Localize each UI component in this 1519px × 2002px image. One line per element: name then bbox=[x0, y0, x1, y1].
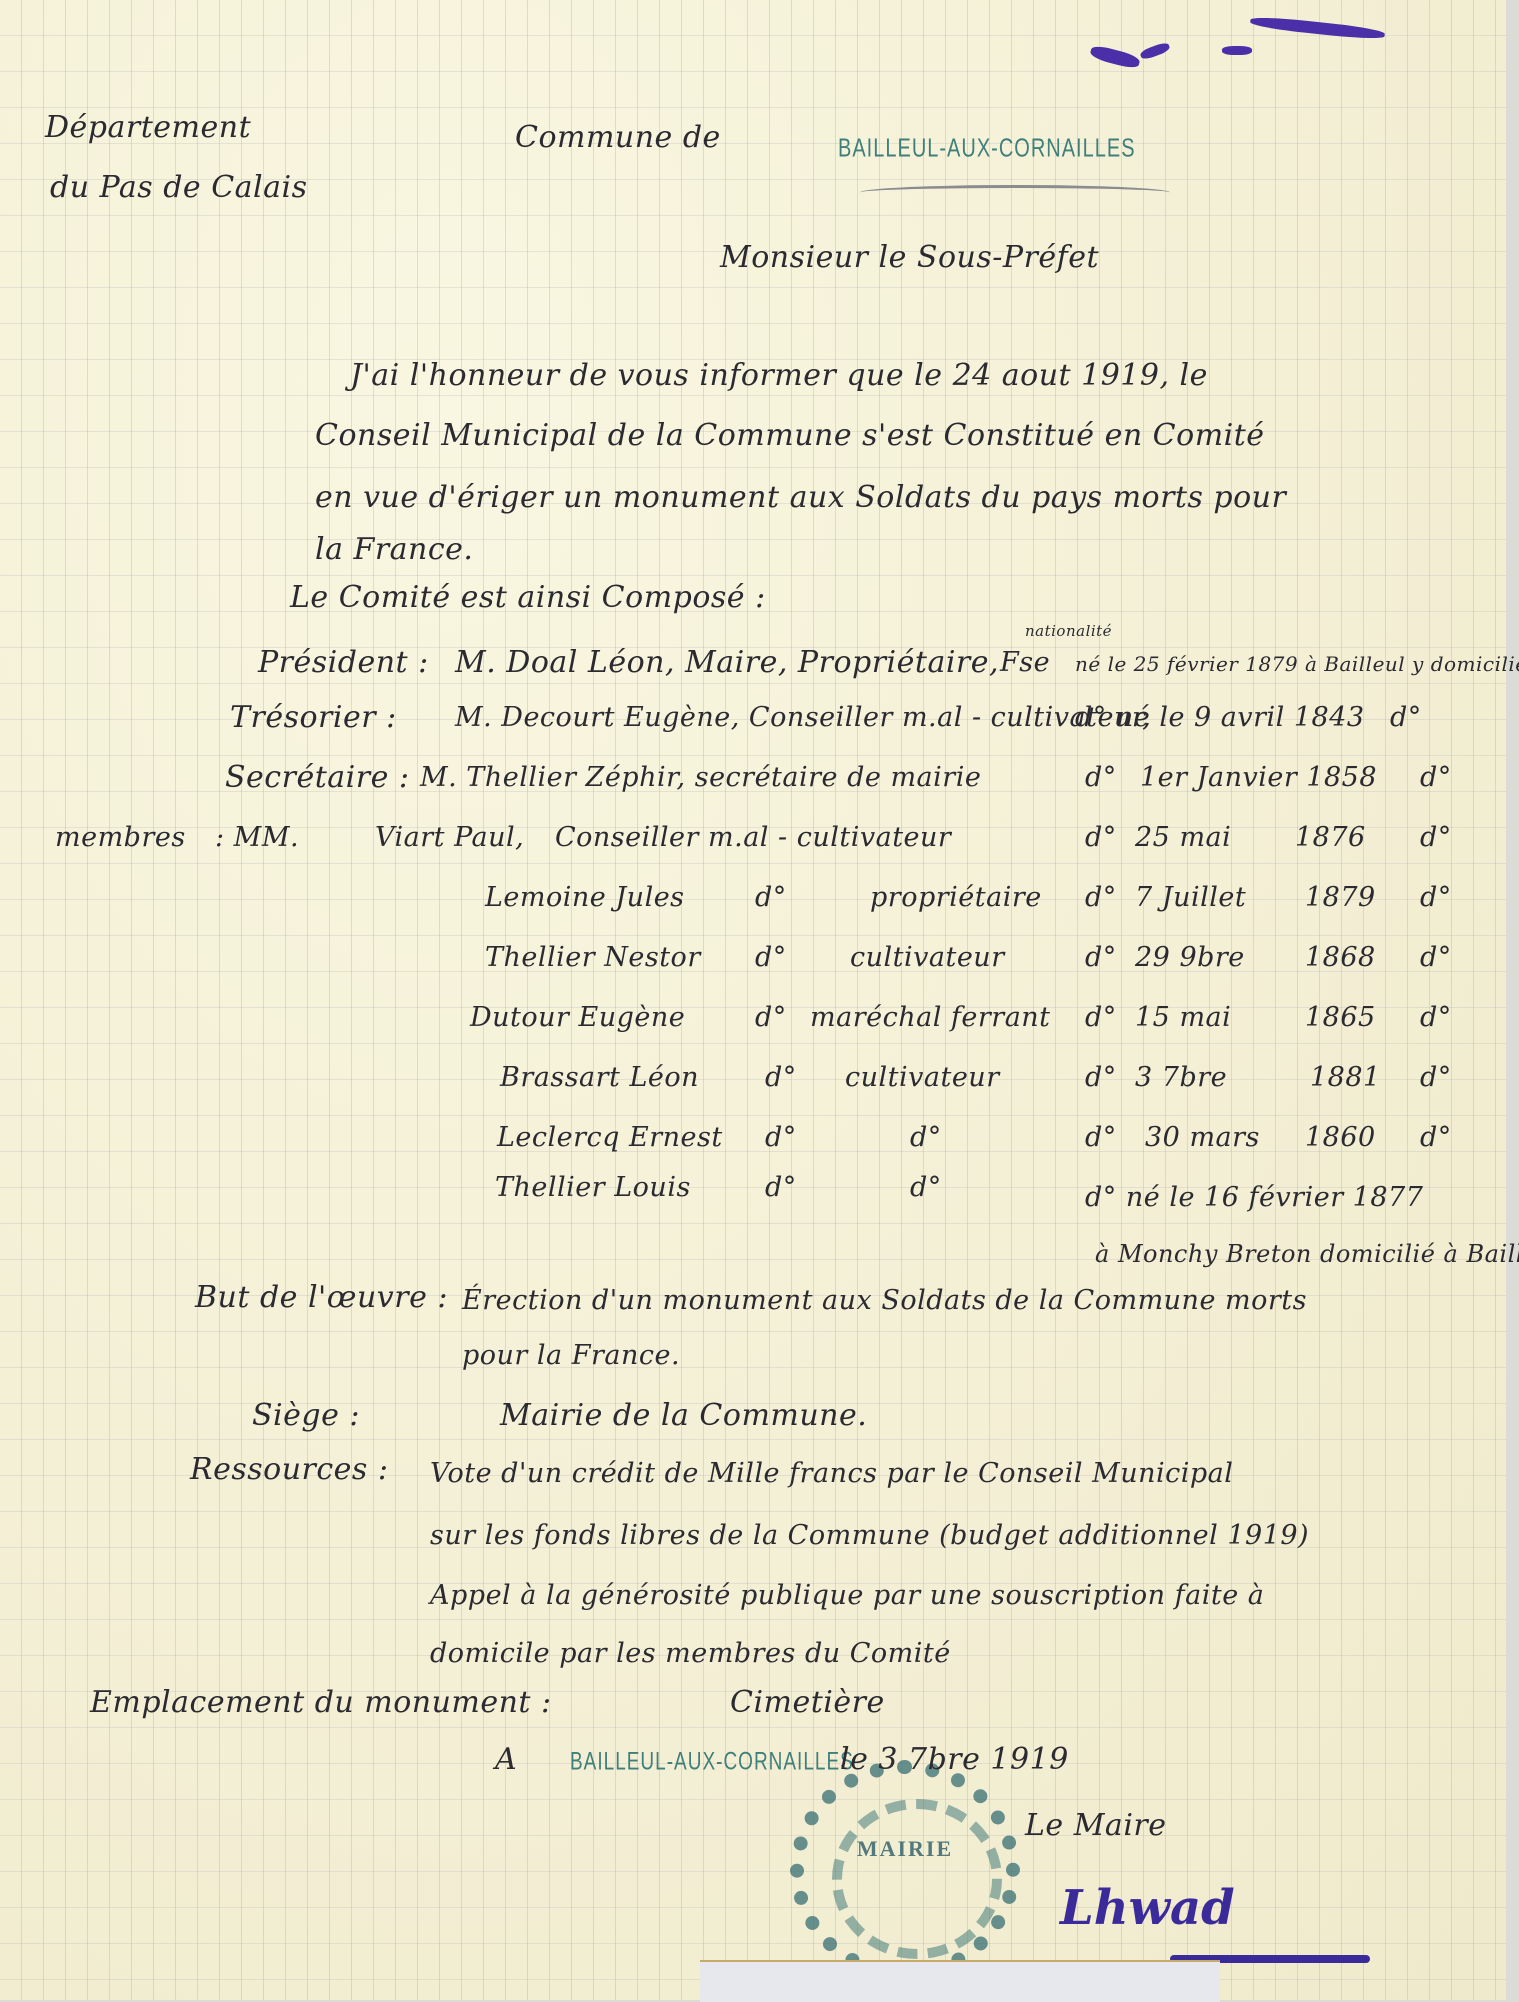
member-residence: d° bbox=[1420, 882, 1452, 913]
commune-stamp: BAILLEUL-AUX-CORNAILLES bbox=[838, 135, 1136, 165]
member-name: Thellier Nestor bbox=[485, 942, 701, 973]
member-birth-date: 3 7bre bbox=[1135, 1062, 1227, 1093]
president-role: Président : bbox=[258, 645, 429, 680]
last-member-birthplace: à Monchy Breton domicilié à Bailleul bbox=[1095, 1240, 1519, 1268]
intro-line-3: en vue d'ériger un monument aux Soldats … bbox=[315, 480, 1286, 515]
ink-blot bbox=[1089, 44, 1141, 70]
member-residence: d° bbox=[1420, 822, 1452, 853]
department-line-2: du Pas de Calais bbox=[50, 170, 308, 205]
president-nationality-note: nationalité bbox=[1025, 622, 1112, 640]
member-birth-date: 30 mars bbox=[1145, 1122, 1260, 1153]
resources-label: Ressources : bbox=[190, 1452, 388, 1487]
member-nationality: d° bbox=[765, 1062, 797, 1093]
purpose-line-2: pour la France. bbox=[462, 1340, 680, 1371]
member-residence: d° bbox=[1420, 942, 1452, 973]
members-label: membres bbox=[55, 822, 186, 853]
member-nationality: d° bbox=[755, 1002, 787, 1033]
ink-blot bbox=[1222, 46, 1252, 55]
member-birth-date: 29 9bre bbox=[1135, 942, 1245, 973]
member-birth-date: 7 Juillet bbox=[1135, 882, 1246, 913]
letter-page: Département du Pas de Calais Commune de … bbox=[0, 0, 1506, 2000]
resources-line-4: domicile par les membres du Comité bbox=[430, 1638, 951, 1669]
member-birth-year: 1879 bbox=[1305, 882, 1376, 913]
intro-line-4: la France. bbox=[315, 532, 473, 567]
purpose-line-1: Érection d'un monument aux Soldats de la… bbox=[462, 1285, 1307, 1316]
member-residence: d° bbox=[1420, 1122, 1452, 1153]
president-birth: né le 25 février 1879 à Bailleul y domic… bbox=[1075, 652, 1519, 676]
department-line-1: Département bbox=[45, 110, 251, 145]
member-birth-year: 1881 bbox=[1310, 1062, 1381, 1093]
member-nationality-2: d° bbox=[1085, 1062, 1117, 1093]
member-nationality: d° bbox=[755, 882, 787, 913]
secretary-nationality: d° bbox=[1085, 762, 1117, 793]
member-nationality: d° bbox=[1085, 822, 1117, 853]
mairie-seal: MAIRIE bbox=[790, 1760, 1020, 1980]
secretary-residence: d° bbox=[1420, 762, 1452, 793]
secretary-role: Secrétaire : bbox=[225, 760, 409, 795]
pencil-underline bbox=[860, 185, 1170, 200]
member-occupation: d° bbox=[910, 1172, 942, 1203]
member-occupation: propriétaire bbox=[870, 882, 1042, 913]
intro-line-2: Conseil Municipal de la Commune s'est Co… bbox=[315, 418, 1265, 453]
member-birth-note: d° né le 16 février 1877 bbox=[1085, 1182, 1423, 1213]
member-birth-year: 1868 bbox=[1305, 942, 1376, 973]
member-birth-date: 15 mai bbox=[1135, 1002, 1231, 1033]
member-birth-date: 25 mai bbox=[1135, 822, 1231, 853]
treasurer-role: Trésorier : bbox=[230, 700, 397, 735]
member-nationality: d° bbox=[755, 942, 787, 973]
location-label: Emplacement du monument : bbox=[90, 1685, 552, 1720]
member-nationality: d° bbox=[765, 1172, 797, 1203]
seal-label: MAIRIE bbox=[804, 1836, 1006, 1862]
seal-wreath bbox=[832, 1799, 1002, 1959]
member-residence: d° bbox=[1420, 1002, 1452, 1033]
commune-prefix: Commune de bbox=[515, 120, 721, 155]
member-name: Lemoine Jules bbox=[485, 882, 685, 913]
member-occupation: cultivateur bbox=[845, 1062, 1000, 1093]
member-name: Brassart Léon bbox=[500, 1062, 699, 1093]
mayor-signature: Lhwad bbox=[1060, 1880, 1235, 1936]
location-value: Cimetière bbox=[730, 1685, 885, 1720]
resources-line-1: Vote d'un crédit de Mille francs par le … bbox=[430, 1458, 1233, 1489]
composition-heading: Le Comité est ainsi Composé : bbox=[290, 580, 766, 615]
president-nationality: Fse bbox=[1000, 647, 1050, 678]
member-nationality-2: d° bbox=[1085, 1002, 1117, 1033]
member-residence: d° bbox=[1420, 1062, 1452, 1093]
treasurer-birth: d° né le 9 avril 1843 bbox=[1075, 702, 1365, 733]
seat-value: Mairie de la Commune. bbox=[500, 1398, 867, 1433]
treasurer-residence: d° bbox=[1390, 702, 1422, 733]
members-prefix: : MM. bbox=[215, 822, 299, 853]
resources-line-2: sur les fonds libres de la Commune (budg… bbox=[430, 1520, 1309, 1551]
member-name: Viart Paul, bbox=[375, 822, 524, 853]
president-text: M. Doal Léon, Maire, Propriétaire, bbox=[455, 645, 999, 680]
ink-blot bbox=[1250, 15, 1386, 41]
member-name: Leclercq Ernest bbox=[497, 1122, 723, 1153]
member-nationality-2: d° bbox=[1085, 942, 1117, 973]
secretary-text: M. Thellier Zéphir, secrétaire de mairie bbox=[420, 762, 981, 793]
closing-date: le 3 7bre 1919 bbox=[840, 1742, 1069, 1777]
addressee: Monsieur le Sous-Préfet bbox=[720, 240, 1099, 275]
member-nationality-2: d° bbox=[1085, 1122, 1117, 1153]
member-name: Thellier Louis bbox=[495, 1172, 691, 1203]
treasurer-text: M. Decourt Eugène, Conseiller m.al - cul… bbox=[455, 702, 1151, 733]
member-nationality: d° bbox=[765, 1122, 797, 1153]
member-occupation: Conseiller m.al - cultivateur bbox=[555, 822, 951, 853]
place-stamp: BAILLEUL-AUX-CORNAILLES bbox=[570, 1749, 854, 1778]
member-name: Dutour Eugène bbox=[470, 1002, 685, 1033]
seat-label: Siège : bbox=[252, 1398, 360, 1433]
member-birth-year: 1876 bbox=[1295, 822, 1366, 853]
member-occupation: maréchal ferrant bbox=[810, 1002, 1051, 1033]
member-nationality-2: d° bbox=[1085, 882, 1117, 913]
secretary-birth: 1er Janvier 1858 bbox=[1140, 762, 1377, 793]
torn-edge bbox=[700, 1960, 1220, 2000]
ink-blot bbox=[1139, 41, 1171, 61]
closing-prefix: A bbox=[495, 1742, 517, 1777]
member-occupation: cultivateur bbox=[850, 942, 1005, 973]
signatory-title: Le Maire bbox=[1025, 1808, 1167, 1843]
purpose-label: But de l'œuvre : bbox=[195, 1280, 448, 1315]
member-birth-year: 1865 bbox=[1305, 1002, 1376, 1033]
intro-line-1: J'ai l'honneur de vous informer que le 2… bbox=[350, 358, 1208, 393]
member-occupation: d° bbox=[910, 1122, 942, 1153]
member-birth-year: 1860 bbox=[1305, 1122, 1376, 1153]
resources-line-3: Appel à la générosité publique par une s… bbox=[430, 1580, 1264, 1611]
